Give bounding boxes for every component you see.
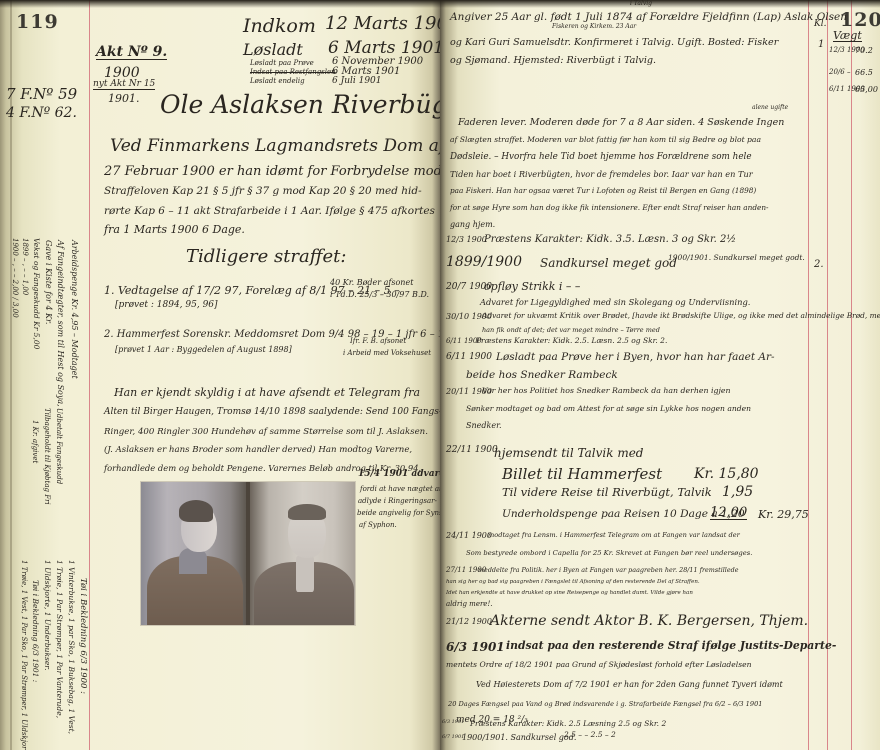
conviction-note: i Arbeid med Voksehuset (343, 350, 431, 357)
register-spread: 119 7 F.Nº 59 4 F.Nº 62. Akt Nº 9. 1900 … (0, 0, 880, 750)
family-line: gang hjem. (450, 221, 495, 229)
conviction-note: i Td.D. 25/3 – 30/97 B.D. (330, 291, 429, 299)
conviction-note: 40 Kr. Bøder afsonet (330, 279, 413, 287)
class-mark: 2. (814, 260, 824, 270)
event-text: meddelte fra Politik. her i Byen at Fang… (478, 567, 739, 573)
previous-heading: Tidligere straffet: (186, 248, 346, 266)
expense-amount: Kr. 15,80 (694, 467, 759, 481)
photo-profile-view (141, 482, 246, 625)
family-line: Faderen lever. Moderen døde for 7 a 8 Aa… (458, 118, 784, 128)
side-note-line: adlyde i Ringeringsar- (358, 498, 437, 505)
event-text: opfløy Strikk i – – (484, 281, 580, 292)
expense-item: Underholdspenge paa Reisen 10 Dage à 1,2… (502, 509, 745, 520)
margin-note: 1 Kr. afgivet (31, 420, 38, 463)
personal-line: og Sjømand. Hjemsted: Riverbügt i Talvig… (450, 56, 656, 66)
personal-line: og Kari Guri Samuelsdtr. Konfirmeret i T… (450, 38, 778, 48)
column-rule (827, 0, 828, 750)
sentence-line: rørte Kap 6 – 11 akt Strafarbeide i 1 Aa… (104, 206, 435, 217)
conviction-detail: [prøvet 1 Aar : Byggedelen af August 189… (115, 346, 292, 354)
weight-value: 66.5 (855, 69, 873, 77)
side-note-line: beide angivelig for Syns (357, 510, 440, 517)
event-text: indsat paa den resterende Straf ifølge J… (506, 641, 836, 652)
expense-item: Billet til Hammerfest (502, 467, 662, 482)
weight-value: 65,00 (855, 86, 878, 94)
event-date: 6/11 1900 (446, 353, 492, 362)
weight-date: 20/6 – (829, 69, 850, 76)
expense-amount: 1,95 (722, 485, 753, 499)
event-date: 24/11 1900 (446, 532, 492, 540)
akt-number: Akt Nº 9. (96, 45, 167, 60)
event-text: 20 Dages Fængsel paa Vand og Brød indsva… (448, 701, 762, 708)
event-text: Ved Høiesterets Dom af 7/2 1901 er han f… (476, 681, 783, 689)
column-rule (851, 0, 852, 750)
final-note: Præstens Karakter: Kidk. 2.5 Læsning 2.5… (470, 720, 666, 728)
margin-note: 1900 – , – – 2,00 / 3,00 (11, 238, 18, 318)
family-line: Tiden har boet i Riverbügten, hvor de fr… (450, 170, 753, 178)
margin-note: Af Fangeindtægter, som til Hest og Soya, (56, 240, 64, 407)
indkom-date: 12 Marts 1900 (325, 15, 440, 33)
column-rule (808, 0, 809, 750)
new-akt-number: nyt Akt Nr 15 (93, 80, 155, 90)
loslatt-label: Løsladt (243, 42, 303, 58)
event-text: aldrig mere!. (446, 601, 493, 608)
margin-note: 1 Uldskjorte, 1 Underbukser. (44, 560, 52, 670)
narrative-line: Han er kjendt skyldig i at have afsendt … (114, 387, 420, 398)
margin-note: 1899 – , – – 1,00 (21, 238, 28, 295)
sentence-line: fra 1 Marts 1900 6 Dage. (104, 224, 245, 235)
event-aside: 1900/1901. Sundkursel meget godt. (668, 254, 805, 262)
event-text: Som bestyrede ombord i Capella for 25 Kr… (466, 550, 752, 557)
margin-note: 1 Trøie, 1 Vest, 1 Par Sko, 1 Par Strømp… (20, 560, 27, 750)
final-note: 1900/1901. Sandkursel god. (462, 734, 576, 742)
release-sub-date: 6 Juli 1901 (332, 77, 382, 86)
side-note-line: fordi at have nægtet at (360, 486, 440, 493)
event-text: han fik ondt af det; det var meget mindr… (482, 327, 660, 334)
event-text: hjemsendt til Talvik med (494, 447, 643, 459)
event-text: Sandkursel meget god (540, 257, 677, 269)
family-line: af Slægten straffet. Moderen var blot fa… (450, 136, 761, 144)
family-line: paa Fiskeri. Han har ogsaa været Tur i L… (450, 187, 756, 194)
release-sub-label: Indsat paa Restfangslen (250, 69, 336, 76)
expense-total: Kr. 29,75 (758, 509, 809, 520)
weight-column-header: Vægt (833, 30, 862, 42)
margin-note: Tøi i Bekledning 6/3 1901 : (32, 580, 40, 682)
event-text: Præstens Karakter: Kidk. 2.5. Læsn. 2.5 … (476, 337, 667, 345)
narrative-line: (J. Aslaksen er hans Broder som handler … (104, 446, 412, 455)
margin-note: Vekst og Fangeskudd Kr 5,00 (33, 238, 41, 349)
event-text: han sig her og bad sig paagreben i Fængs… (446, 580, 700, 586)
event-date: 22/11 1900 (446, 446, 498, 455)
event-date: 21/12 1900 (446, 618, 492, 626)
event-text: Præstens Karakter: Kidk. 3.5. Læsn. 3 og… (484, 235, 736, 245)
margin-note: Udbetalt Fangeskudd (55, 408, 62, 484)
prisoner-name: Ole Aslaksen Riverbügt (Lap) (160, 92, 440, 117)
event-text: Sønker modtaget og bad om Attest for at … (466, 405, 751, 413)
side-note-line: af Syphon. (359, 522, 397, 529)
personal-above-note: Fiskeren og Kirkem. 23 Aar (552, 24, 636, 30)
left-page: 119 7 F.Nº 59 4 F.Nº 62. Akt Nº 9. 1900 … (0, 0, 440, 750)
photo-front-view (250, 482, 355, 625)
event-date: 12/3 1900 (446, 236, 487, 244)
margin-note: Tøi i Bekledning 6/3 1900 : (79, 578, 88, 694)
release-sub-label: Løsladt paa Prøve (250, 60, 314, 67)
event-text: Idet han erkjendte at have drukket op si… (446, 591, 693, 597)
margin-note: Tilbageholdt til Kjøbtag Fri (43, 408, 50, 505)
margin-ref: 4 F.Nº 62. (6, 106, 77, 120)
sentence-line: Ved Finmarkens Lagmandsrets Dom af (110, 138, 440, 155)
family-line: Dødsleie. – Hvorfra hele Tid boet hjemme… (450, 153, 752, 162)
indkom-label: Indkom (243, 17, 316, 36)
new-akt-year: 1901. (108, 93, 140, 104)
event-text: Akterne sendt Aktor B. K. Bergersen, Thj… (490, 614, 808, 628)
sentence-line: 27 Februar 1900 er han idømt for Forbryd… (104, 165, 440, 178)
loslatt-date: 6 Marts 1901. (328, 40, 440, 57)
event-text: modtaget fra Lensm. i Hammerfest Telegra… (488, 532, 740, 539)
right-page: 120 Vægt Kl. 1 2. 12/3 1900 70.2 20/6 – … (440, 0, 880, 750)
narrative-line: Ringer, 400 Ringler 300 Hundehøv af samm… (104, 428, 428, 437)
event-text: Advaret for ukvæmt Kritik over Brødet, [… (482, 312, 880, 319)
event-text: Advaret for Ligegyldighed med sin Skoleg… (480, 298, 750, 306)
class-mark: 1 (818, 40, 824, 50)
sentence-line: Straffeloven Kap 21 § 5 jfr § 37 g mod K… (104, 186, 422, 197)
family-above-note: alene ugifte (752, 105, 788, 111)
release-sub-label: Løsladt endelig (250, 78, 305, 85)
event-date: 6/3 1901 (446, 641, 505, 653)
margin-note: 1 Trøie, 1 Par Strømper, 1 Par Vanterude… (56, 560, 64, 718)
conviction-detail: [prøvet : 1894, 95, 96] (115, 301, 218, 310)
event-text: mentets Ordre af 18/2 1901 paa Grund af … (446, 661, 752, 669)
mugshot-photo (140, 481, 356, 626)
weight-value: 70.2 (855, 47, 873, 55)
narrative-line: Alten til Birger Haugen, Tromsø 14/10 18… (104, 408, 440, 417)
conviction-note: Ifr. F. B. afsonet (350, 338, 406, 345)
margin-note: Arbeidspenge Kr. 4,95 – Modtaget (70, 240, 78, 379)
margin-ref: 7 F.Nº 59 (6, 87, 77, 102)
margin-note: 1 Vinterbukse, 1 par Sko, 1 Buksebag, 1 … (68, 560, 76, 734)
expense-amount: 12,00 (710, 506, 747, 520)
final-date: 6/3 1901 (442, 720, 464, 725)
event-text: Var her hos Politiet hos Snedker Rambeck… (482, 387, 731, 395)
akt-year: 1900 (104, 66, 140, 80)
event-text: beide hos Snedker Rambeck (466, 370, 618, 381)
event-date: 1899/1900 (446, 255, 522, 269)
margin-rule (89, 0, 90, 750)
margin-note: Gave i Kiste for 4 Kr. (44, 240, 52, 324)
event-text: Løsladt paa Prøve her i Byen, hvor han h… (496, 352, 775, 363)
expense-item: Til videre Reise til Riverbügt, Talvik (502, 487, 712, 499)
personal-line: Angiver 25 Aar gl. født 1 Juli 1874 af F… (450, 12, 847, 23)
page-number: 119 (16, 11, 59, 33)
event-text: Snedker. (466, 422, 502, 430)
side-note-date: 15/4 1901 advaret (358, 470, 440, 479)
family-line: for at søge Hyre som han dog ikke fik in… (450, 204, 769, 211)
top-edge-shadow (0, 0, 880, 8)
